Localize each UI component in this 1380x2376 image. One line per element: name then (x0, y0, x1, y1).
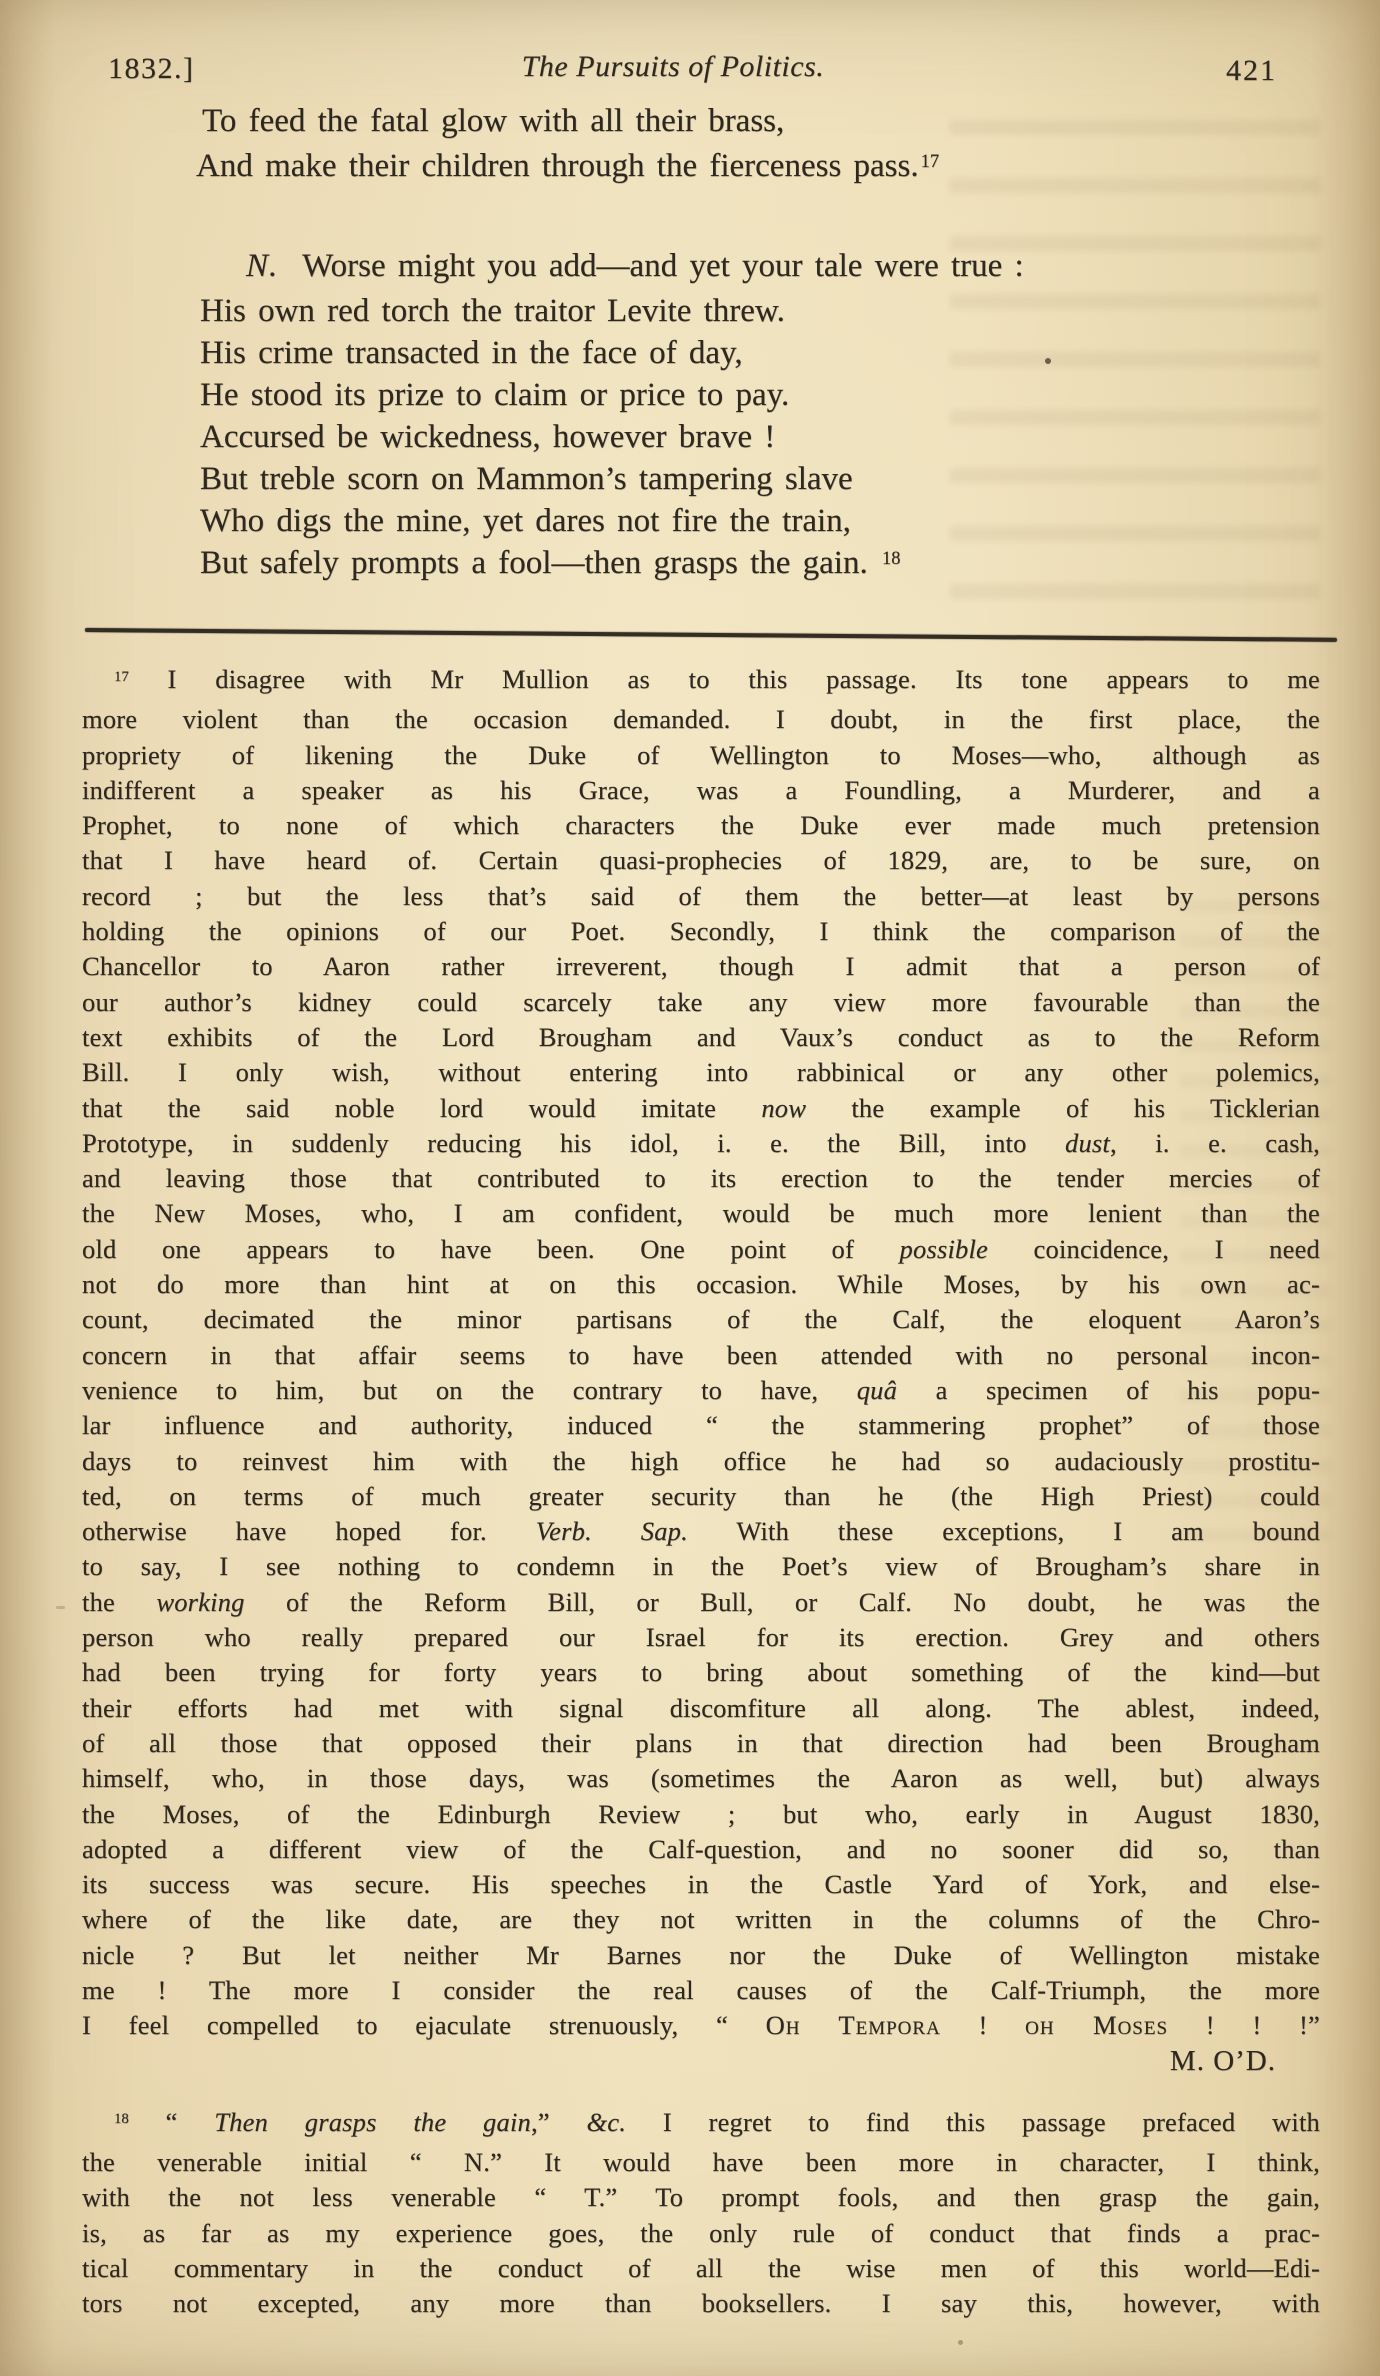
footnote-line: Prophet, to none of which characters the… (82, 808, 1320, 843)
footnote-line: is, as far as my experience goes, the on… (82, 2216, 1320, 2251)
verse-line: And make their children through the fier… (196, 144, 939, 193)
footnotes-section: 17 I disagree with Mr Mullion as to this… (82, 662, 1320, 2322)
footnote-line: adopted a different view of the Calf-que… (82, 1832, 1320, 1867)
footnote-18: 18 “ Then grasps the gain,” &c. I regret… (82, 2105, 1320, 2322)
footnote-line: to say, I see nothing to condemn in the … (82, 1549, 1320, 1584)
footnote-line: indifferent a speaker as his Grace, was … (82, 773, 1320, 808)
footnote-line: person who really prepared our Israel fo… (82, 1620, 1320, 1655)
ink-speck (1045, 358, 1051, 364)
footnote-line: their efforts had met with signal discom… (82, 1691, 1320, 1726)
footnote-line: himself, who, in those days, was (someti… (82, 1761, 1320, 1796)
page-header: 1832.] The Pursuits of Politics. 421 (84, 50, 1310, 98)
footnote-line: venience to him, but on the contrary to … (82, 1373, 1320, 1408)
footnote-line: with the not less venerable “ T.” To pro… (82, 2180, 1320, 2215)
footnote-line: propriety of likening the Duke of Wellin… (82, 738, 1320, 773)
verse-couplet: To feed the fatal glow with all their br… (196, 99, 939, 193)
footnote-line: its success was secure. His speeches in … (82, 1867, 1320, 1902)
book-page: 1832.] The Pursuits of Politics. 421 To … (0, 0, 1380, 2376)
footnote-line: more violent than the occasion demanded.… (82, 702, 1320, 737)
footnote-line: Bill. I only wish, without entering into… (82, 1055, 1320, 1090)
verse-line: But safely prompts a fool—then grasps th… (200, 542, 1024, 588)
footnote-line: had been trying for forty years to bring… (82, 1655, 1320, 1690)
footnote-line: tors not excepted, any more than booksel… (82, 2286, 1320, 2321)
verse-line: Who digs the mine, yet dares not fire th… (200, 500, 1024, 542)
footnote-line: Prototype, in suddenly reducing his idol… (82, 1126, 1320, 1161)
footnote-line: concern in that affair seems to have bee… (82, 1338, 1320, 1373)
footnote-line: 18 “ Then grasps the gain,” &c. I regret… (82, 2105, 1320, 2145)
footnote-line: ted, on terms of much greater security t… (82, 1479, 1320, 1514)
author-signature: M. O’D. (82, 2044, 1320, 2079)
footnote-line: 17 I disagree with Mr Mullion as to this… (82, 662, 1320, 702)
ink-speck (56, 1606, 65, 1609)
verse-line: His own red torch the traitor Levite thr… (200, 290, 1024, 332)
header-running-title: The Pursuits of Politics. (522, 50, 825, 84)
footnote-line: record ; but the less that’s said of the… (82, 879, 1320, 914)
footnote-line: tical commentary in the conduct of all t… (82, 2251, 1320, 2286)
header-page-number: 421 (1226, 54, 1277, 88)
footnote-line: lar influence and authority, induced “ t… (82, 1408, 1320, 1443)
verse-line: But treble scorn on Mammon’s tampering s… (200, 458, 1024, 500)
verse-line: N. Worse might you add—and yet your tale… (246, 245, 1024, 287)
footnote-line: the Moses, of the Edinburgh Review ; but… (82, 1797, 1320, 1832)
footnote-line: otherwise have hoped for. Verb. Sap. Wit… (82, 1514, 1320, 1549)
footnote-line: old one appears to have been. One point … (82, 1232, 1320, 1267)
footnote-line: I feel compelled to ejaculate strenuousl… (82, 2008, 1320, 2043)
footnote-line: and leaving those that contributed to it… (82, 1161, 1320, 1196)
header-year: 1832.] (108, 52, 195, 86)
footnote-line: that the said noble lord would imitate n… (82, 1091, 1320, 1126)
footnote-line: nicle ? But let neither Mr Barnes nor th… (82, 1938, 1320, 1973)
verse-line: He stood its prize to claim or price to … (200, 374, 1024, 416)
footnote-line: that I have heard of. Certain quasi-prop… (82, 843, 1320, 878)
footnote-17: 17 I disagree with Mr Mullion as to this… (82, 662, 1320, 2044)
footnote-line: text exhibits of the Lord Brougham and V… (82, 1020, 1320, 1055)
footnote-line: me ! The more I consider the real causes… (82, 1973, 1320, 2008)
footnote-separator-rule (85, 628, 1337, 642)
footnote-line: the working of the Reform Bill, or Bull,… (82, 1585, 1320, 1620)
verse-line: His crime transacted in the face of day, (200, 332, 1024, 374)
footnote-line: where of the like date, are they not wri… (82, 1902, 1320, 1937)
verse-stanza: N. Worse might you add—and yet your tale… (200, 245, 1024, 588)
footnote-line: the New Moses, who, I am confident, woul… (82, 1196, 1320, 1231)
verse-line: Accursed be wickedness, however brave ! (200, 416, 1024, 458)
footnote-line: of all those that opposed their plans in… (82, 1726, 1320, 1761)
footnote-line: days to reinvest him with the high offic… (82, 1444, 1320, 1479)
verse-line: To feed the fatal glow with all their br… (202, 99, 939, 144)
footnote-line: not do more than hint at on this occasio… (82, 1267, 1320, 1302)
footnote-line: our author’s kidney could scarcely take … (82, 985, 1320, 1020)
footnote-line: holding the opinions of our Poet. Second… (82, 914, 1320, 949)
ink-speck (958, 2340, 963, 2345)
footnote-line: Chancellor to Aaron rather irreverent, t… (82, 949, 1320, 984)
footnote-line: count, decimated the minor partisans of … (82, 1302, 1320, 1337)
footnote-line: the venerable initial “ N.” It would hav… (82, 2145, 1320, 2180)
